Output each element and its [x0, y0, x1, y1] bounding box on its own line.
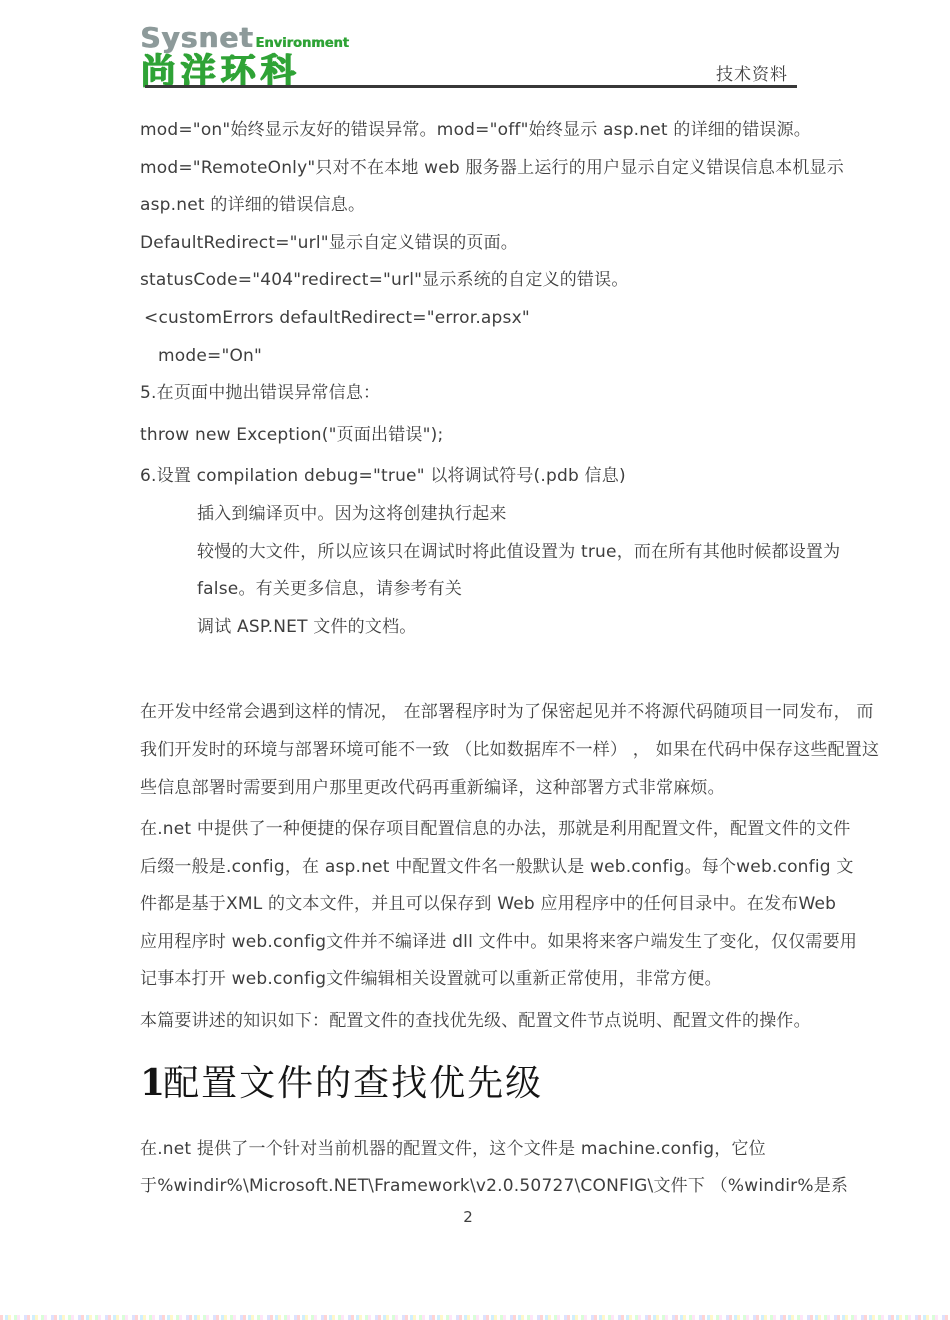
section-number: 1 [140, 1062, 165, 1104]
logo-text-sysnet: Sysnet [140, 21, 253, 54]
text-line: 件都是基于XML 的文本文件，并且可以保存到 Web 应用程序中的任何目录中。在… [140, 886, 840, 924]
logo-text-environment: Environment [255, 36, 349, 51]
text-line: <customErrors defaultRedirect="error.aps… [140, 300, 840, 338]
text-line: 在开发中经常会遇到这样的情况， 在部署程序时为了保密起见并不将源代码随项目一同发… [140, 694, 840, 732]
section-title: 配置文件的查找优先级 [163, 1063, 543, 1104]
text-line: false。有关更多信息，请参考有关 [140, 571, 840, 609]
text-line: throw new Exception("页面出错误"); [140, 417, 840, 455]
text-line: asp.net 的详细的错误信息。 [140, 187, 840, 225]
logo-wordmark: SysnetEnvironment [140, 24, 349, 52]
document-page: SysnetEnvironment 尚洋环科 技术资料 mod="on"始终显示… [0, 0, 950, 1320]
text-line: mod="on"始终显示友好的错误异常。mod="off"始终显示 asp.ne… [140, 112, 840, 150]
text-line: 我们开发时的环境与部署环境可能不一致 （比如数据库不一样） ， 如果在代码中保存… [140, 732, 840, 770]
company-logo: SysnetEnvironment 尚洋环科 [140, 24, 349, 90]
text-line: 些信息部署时需要到用户那里更改代码再重新编译，这种部署方式非常麻烦。 [140, 770, 840, 808]
document-body: mod="on"始终显示友好的错误异常。mod="off"始终显示 asp.ne… [140, 112, 840, 1226]
text-line: statusCode="404"redirect="url"显示系统的自定义的错… [140, 262, 840, 300]
text-line: 本篇要讲述的知识如下：配置文件的查找优先级、配置文件节点说明、配置文件的操作。 [140, 1003, 840, 1041]
scan-noise-strip [0, 1315, 950, 1320]
doc-type-label: 技术资料 [716, 60, 788, 85]
text-line: 于%windir%\Microsoft.NET\Framework\v2.0.5… [140, 1168, 840, 1206]
text-line: 应用程序时 web.config文件并不编译进 dll 文件中。如果将来客户端发… [140, 924, 840, 962]
text-line: 在.net 中提供了一种便捷的保存项目配置信息的办法，那就是利用配置文件，配置文… [140, 811, 840, 849]
section-heading: 1配置文件的查找优先级 [140, 1057, 840, 1109]
page-number: 2 [140, 1208, 796, 1226]
text-line: 后缀一般是.config，在 asp.net 中配置文件名一般默认是 web.c… [140, 849, 840, 887]
text-line: DefaultRedirect="url"显示自定义错误的页面。 [140, 225, 840, 263]
header-divider [145, 85, 797, 88]
text-line: 调试 ASP.NET 文件的文档。 [140, 609, 840, 647]
text-line: 6.设置 compilation debug="true" 以将调试符号(.pd… [140, 458, 840, 496]
text-line: 较慢的大文件，所以应该只在调试时将此值设置为 true，而在所有其他时候都设置为 [140, 534, 840, 572]
text-line: 5.在页面中抛出错误异常信息： [140, 375, 840, 413]
text-line: mod="RemoteOnly"只对不在本地 web 服务器上运行的用户显示自定… [140, 150, 840, 188]
text-line: 插入到编译页中。因为这将创建执行起来 [140, 496, 840, 534]
text-line: 在.net 提供了一个针对当前机器的配置文件，这个文件是 machine.con… [140, 1131, 840, 1169]
text-line: 记事本打开 web.config文件编辑相关设置就可以重新正常使用，非常方便。 [140, 961, 840, 999]
text-line: mode="On" [140, 338, 840, 376]
